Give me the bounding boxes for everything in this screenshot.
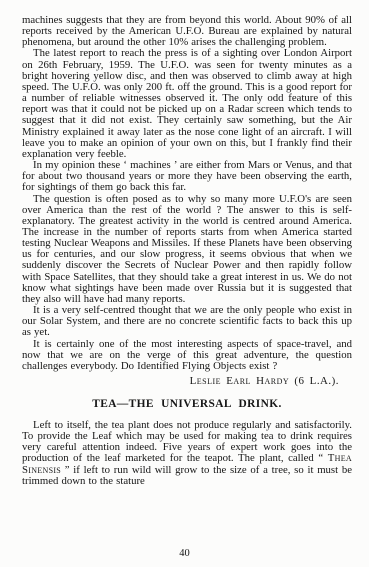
paragraph-text: The question is often posed as to why so… bbox=[22, 193, 352, 305]
paragraph-text: It is certainly one of the most interest… bbox=[22, 338, 352, 372]
paragraph-text: The latest report to reach the press is … bbox=[22, 47, 352, 159]
paragraph: The question is often posed as to why so… bbox=[22, 194, 352, 306]
ufo-article-continuation: machines suggests that they are from bey… bbox=[22, 15, 352, 372]
scanned-book-page: machines suggests that they are from bey… bbox=[0, 0, 369, 567]
paragraph-text: In my opinion these ‘ machines ’ are eit… bbox=[22, 159, 352, 193]
tea-article-body: Left to itself, the tea plant does not p… bbox=[22, 420, 352, 487]
tea-article-heading: TEA—THE UNIVERSAL DRINK. bbox=[22, 398, 352, 411]
paragraph-text: Left to itself, the tea plant does not p… bbox=[22, 419, 352, 464]
paragraph: It is certainly one of the most interest… bbox=[22, 339, 352, 372]
paragraph: In my opinion these ‘ machines ’ are eit… bbox=[22, 160, 352, 193]
paragraph: machines suggests that they are from bey… bbox=[22, 15, 352, 48]
paragraph-text: machines suggests that they are from bey… bbox=[22, 14, 352, 48]
page-number: 40 bbox=[0, 548, 369, 559]
paragraph-text: It is a very self-centred thought that w… bbox=[22, 304, 352, 338]
paragraph-text: ” if left to run wild will grow to the s… bbox=[22, 464, 352, 487]
paragraph: The latest report to reach the press is … bbox=[22, 48, 352, 160]
paragraph: Left to itself, the tea plant does not p… bbox=[22, 420, 352, 487]
paragraph: It is a very self-centred thought that w… bbox=[22, 305, 352, 338]
author-signature: Leslie Earl Hardy (6 L.A.). bbox=[22, 375, 352, 388]
